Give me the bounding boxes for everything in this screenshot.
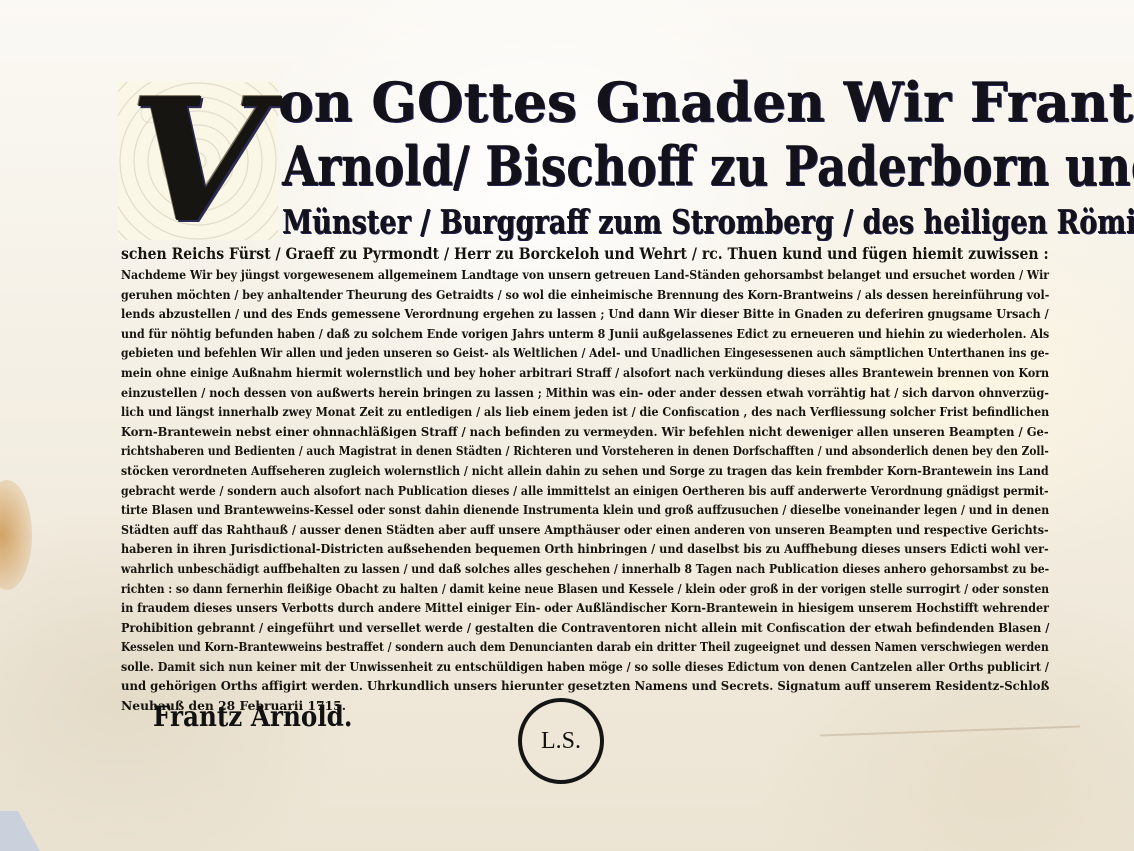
heading-line-2: Arnold/ Bischoff zu Paderborn und <box>282 134 1134 198</box>
text-line: gebieten und befehlen Wir allen und jede… <box>121 343 934 363</box>
text-line: lends abzustellen / und des Ends gemesse… <box>121 304 970 324</box>
text-line: Nachdeme Wir bey jüngst vorgewesenem all… <box>121 265 951 285</box>
seal-circle: L.S. <box>518 698 604 784</box>
signature: Frantz Arnold. <box>153 700 352 733</box>
text-line: richtshaberen und Bedienten / auch Magis… <box>121 441 919 461</box>
text-line: und für nöhtig befunden haben / daß zu s… <box>121 324 952 344</box>
text-line: Korn-Brantewein nebst einer ohnnachläßig… <box>121 422 989 442</box>
text-line: schen Reichs Fürst / Graeff zu Pyrmondt … <box>121 243 967 265</box>
text-line: gebracht werde / sondern auch alsofort n… <box>121 481 941 501</box>
text-line: in fraudem dieses unsers Verbotts durch … <box>121 598 959 618</box>
seal-label: L.S. <box>541 728 581 755</box>
text-line: und gehörigen Orths affigirt werden. Uhr… <box>121 676 1001 696</box>
text-line: stöcken verordneten Auffseheren zugleich… <box>121 461 947 481</box>
text-line: lich und längst innerhalb zwey Monat Zei… <box>121 402 957 422</box>
text-line: haberen in ihren Jurisdictional-District… <box>121 539 968 559</box>
text-line: Prohibition gebrannt / eingeführt und ve… <box>121 618 975 638</box>
text-line: tirte Blasen und Brantewweins-Kessel ode… <box>121 500 942 520</box>
edict-body: schen Reichs Fürst / Graeff zu Pyrmondt … <box>121 243 1056 716</box>
heading-line-3: Münster / Burggraff zum Stromberg / des … <box>282 202 1134 241</box>
ornamental-initial: V <box>118 82 278 240</box>
text-line: geruhen möchten / bey anhaltender Theuru… <box>121 285 955 305</box>
text-line: richten : so dann fernerhin fleißige Oba… <box>121 579 927 599</box>
heading-line-1: on GOttes Gnaden Wir Frantz <box>278 70 1134 134</box>
text-line: mein ohne einige Außnahm hiermit wolerns… <box>121 363 955 383</box>
text-line: wahrlich unbeschädigt auffbehalten zu la… <box>121 559 938 579</box>
text-line: einzustellen / noch dessen von außwerts … <box>121 383 966 403</box>
text-line: Kesselen und Korn-Brantewweins bestraffe… <box>121 637 924 657</box>
initial-letter: V <box>129 76 268 246</box>
text-line: Städten auff das Rahthauß / ausser denen… <box>121 520 958 540</box>
text-line: solle. Damit sich nun keiner mit der Unw… <box>121 657 956 677</box>
